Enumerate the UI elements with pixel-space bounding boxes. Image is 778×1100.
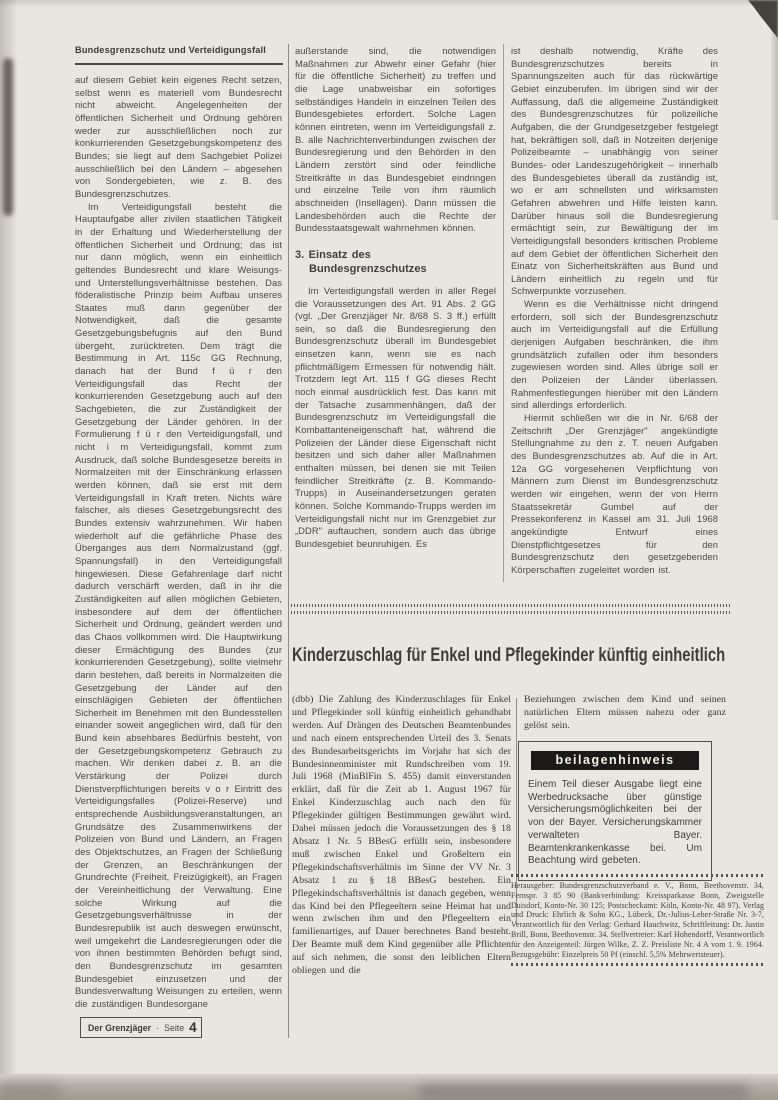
paragraph: Wenn es die Verhältnisse nicht dringend …: [511, 298, 718, 412]
paragraph: auf diesem Gebiet kein eigenes Recht set…: [75, 74, 282, 201]
article-headline: Kinderzuschlag für Enkel und Pflegekinde…: [292, 645, 639, 667]
paragraph: ist deshalb notwendig, Kräfte des Bundes…: [511, 45, 718, 298]
kicker-rule: [75, 63, 283, 65]
scan-bottom-smudge: [418, 1085, 748, 1098]
column-divider-rule: [503, 44, 504, 582]
magazine-name: Der Grenzjäger: [88, 1023, 151, 1033]
scan-top-edge-shadow: [0, 0, 778, 7]
footer-separator: ·: [156, 1023, 159, 1033]
paragraph: Beziehungen zwischen dem Kind und seinen…: [524, 694, 726, 733]
imprint-dotted-rule: [511, 963, 764, 966]
page-label: Seite: [164, 1023, 184, 1033]
article-column-2: außerstande sind, die notwendigen Maßnah…: [295, 45, 496, 581]
imprint-dotted-rule: [511, 874, 764, 877]
article2-column-right: Beziehungen zwischen dem Kind und seinen…: [524, 694, 726, 738]
page-footer-box: Der Grenzjäger · Seite 4: [80, 1017, 202, 1038]
scan-bottom-smudge: [0, 1084, 60, 1100]
paragraph: außerstande sind, die notwendigen Maßnah…: [295, 45, 496, 235]
insert-notice-body: Einem Teil dieser Ausgabe liegt eine Wer…: [528, 779, 702, 868]
article2-column-left: (dbb) Die Zahlung des Kinderzuschlages f…: [292, 694, 511, 1040]
page-number: 4: [189, 1020, 197, 1035]
insert-notice-title: beilagenhinweis: [531, 751, 699, 770]
scan-binding-shadow: [3, 58, 13, 216]
scanned-magazine-page: Bundesgrenzschutz und Verteidigungsfall …: [0, 0, 778, 1100]
paragraph: Im Verteidigungsfall werden in aller Reg…: [295, 285, 496, 551]
section-heading: 3. Einsatz desBundesgrenzschutzes: [295, 248, 496, 276]
article-column-3: ist deshalb notwendig, Kräfte des Bundes…: [511, 45, 718, 581]
section-heading-line2: Bundesgrenzschutzes: [295, 262, 496, 276]
paragraph: Hiermit schließen wir die in Nr. 6/68 de…: [511, 412, 718, 577]
scan-right-edge-shadow: [770, 0, 778, 220]
imprint-text: Herausgeber: Bundesgrenzschutzverband e.…: [511, 881, 764, 959]
paragraph: Im Verteidigungsfall besteht die Hauptau…: [75, 201, 282, 1011]
imprint-section: Herausgeber: Bundesgrenzschutzverband e.…: [511, 874, 764, 966]
column-divider-rule: [288, 44, 289, 1038]
paragraph: (dbb) Die Zahlung des Kinderzuschlages f…: [292, 694, 511, 978]
section-heading-line1: 3. Einsatz des: [295, 249, 371, 261]
dotted-section-rule: [291, 604, 732, 607]
article-column-1: auf diesem Gebiet kein eigenes Recht set…: [75, 74, 282, 1018]
dotted-section-rule: [291, 611, 732, 614]
insert-notice-box: beilagenhinweis Einem Teil dieser Ausgab…: [518, 741, 712, 881]
article-kicker: Bundesgrenzschutz und Verteidigungsfall: [75, 45, 283, 55]
